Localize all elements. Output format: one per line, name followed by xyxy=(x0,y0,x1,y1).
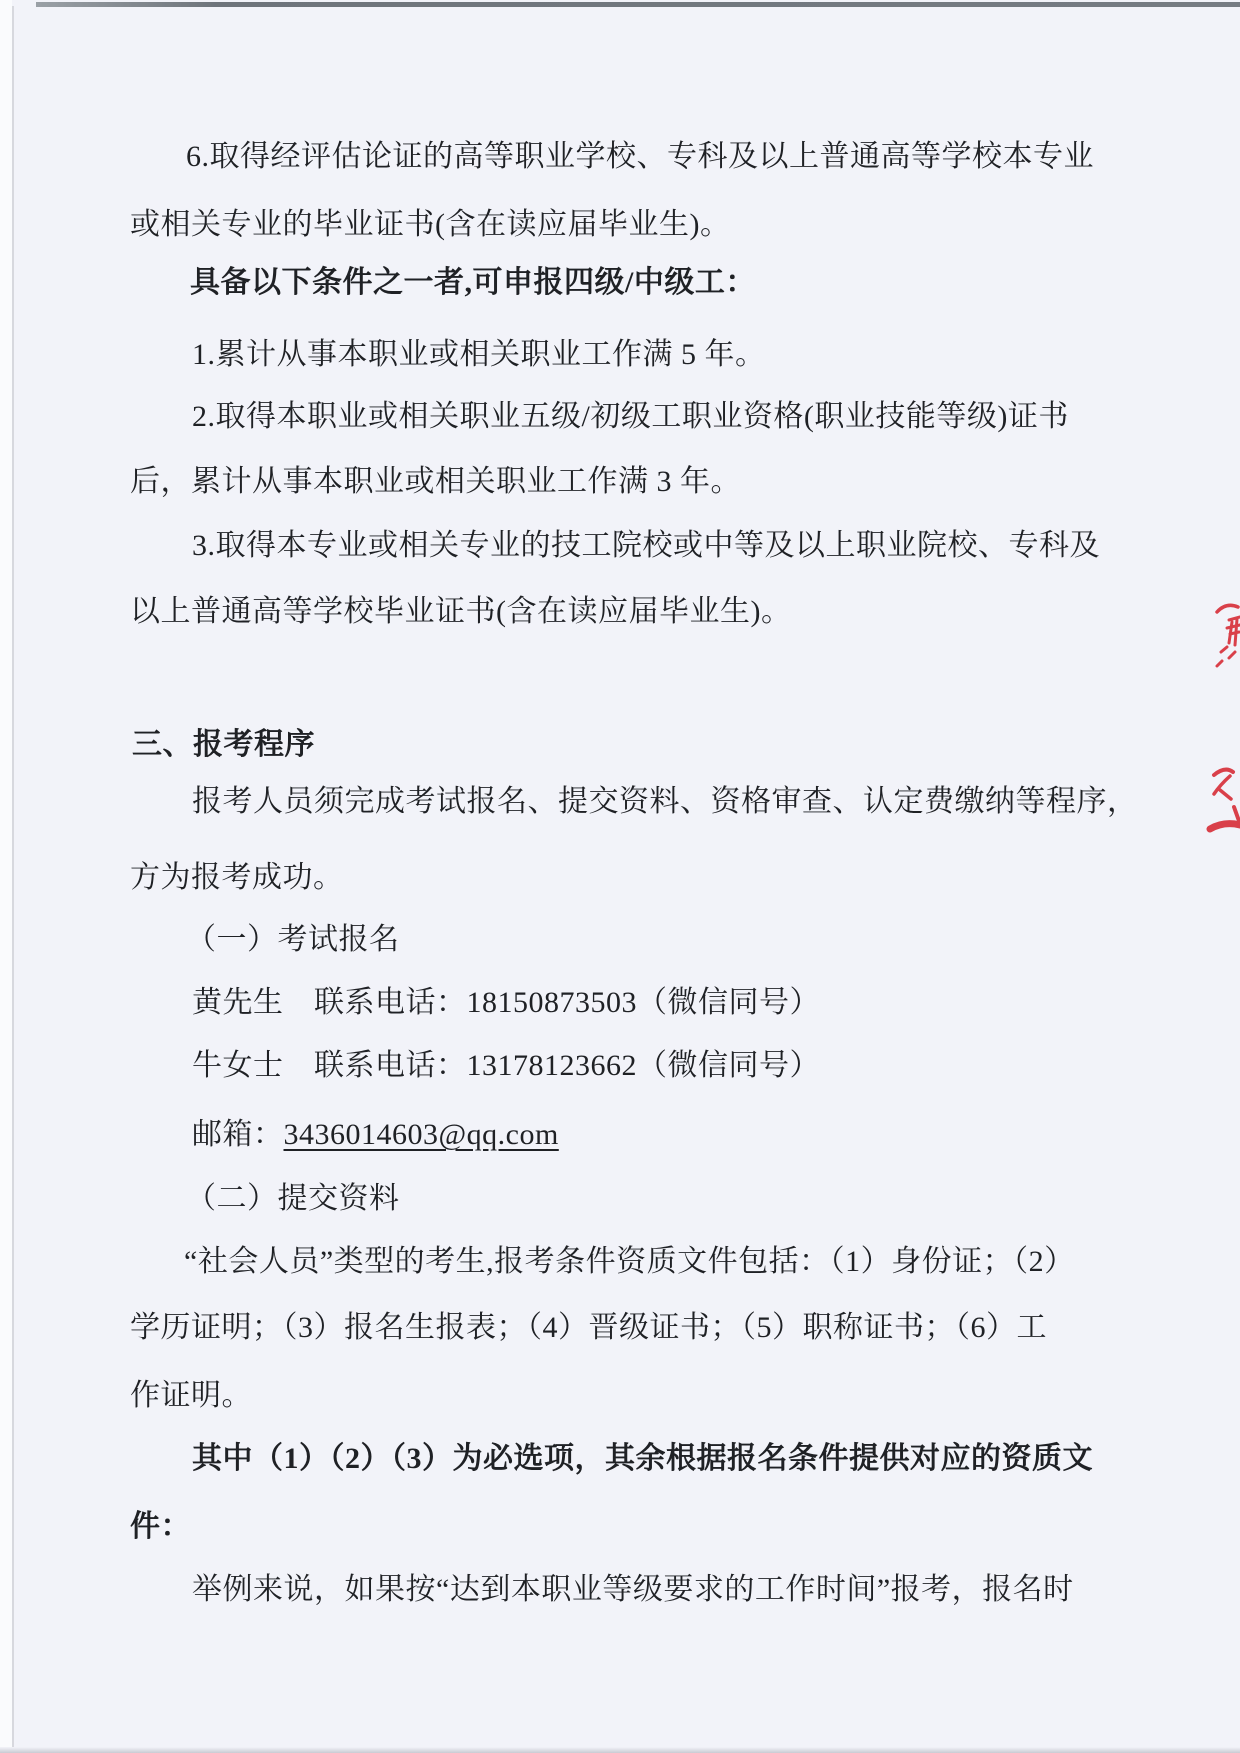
level4-item3-line2: 以上普通高等学校毕业证书(含在读应届毕业生)。 xyxy=(130,593,791,631)
item6-line2: 或相关专业的毕业证书(含在读应届毕业生)。 xyxy=(130,206,730,244)
level4-item2-line1: 2.取得本职业或相关职业五级/初级工职业资格(职业技能等级)证书 xyxy=(192,398,1069,436)
subsection2-heading: （二）提交资料 xyxy=(186,1180,400,1218)
materials-line2: 学历证明；（3）报名生报表；（4）晋级证书；（5）职称证书；（6）工 xyxy=(130,1309,1047,1347)
subsection1-heading: （一）考试报名 xyxy=(186,921,400,959)
required-note-line1: 其中（1）（2）（3）为必选项，其余根据报名条件提供对应的资质文 xyxy=(192,1440,1093,1478)
item6-line1: 6.取得经评估论证的高等职业学校、专科及以上普通高等学校本专业 xyxy=(186,138,1094,176)
required-note-line2: 件： xyxy=(130,1508,191,1546)
materials-line3: 作证明。 xyxy=(130,1377,252,1415)
scan-left-edge-line xyxy=(12,6,14,1753)
red-ink-mark-lower xyxy=(1206,763,1240,847)
level4-item1: 1.累计从事本职业或相关职业工作满 5 年。 xyxy=(192,336,766,374)
scanned-document-page: 6.取得经评估论证的高等职业学校、专科及以上普通高等学校本专业 或相关专业的毕业… xyxy=(0,0,1240,1753)
procedure-intro-line2: 方为报考成功。 xyxy=(130,859,344,897)
email-address: 3436014603@qq.com xyxy=(284,1118,559,1151)
procedure-intro-line1: 报考人员须完成考试报名、提交资料、资格审查、认定费缴纳等程序， xyxy=(192,783,1138,821)
materials-line1: “社会人员”类型的考生,报考条件资质文件包括：（1）身份证；（2） xyxy=(184,1243,1075,1281)
email-line: 邮箱：3436014603@qq.com xyxy=(192,1116,559,1154)
level4-item3-line1: 3.取得本专业或相关专业的技工院校或中等及以上职业院校、专科及 xyxy=(192,527,1100,565)
email-label: 邮箱： xyxy=(192,1118,284,1151)
contact-huang-line: 黄先生 联系电话：18150873503（微信同号） xyxy=(192,984,820,1022)
level4-item2-line2: 后，累计从事本职业或相关职业工作满 3 年。 xyxy=(130,463,741,501)
section3-heading: 三、报考程序 xyxy=(132,726,315,764)
contact-niu-line: 牛女士 联系电话：13178123662（微信同号） xyxy=(192,1047,820,1085)
red-ink-mark-upper xyxy=(1214,598,1240,678)
scan-left-edge-strip xyxy=(0,0,12,1753)
level4-intro: 具备以下条件之一者,可申报四级/中级工： xyxy=(190,264,756,302)
example-line: 举例来说，如果按“达到本职业等级要求的工作时间”报考，报名时 xyxy=(192,1571,1074,1609)
scan-bottom-edge-strip xyxy=(0,1747,1240,1753)
scan-top-edge-line xyxy=(36,2,1240,7)
